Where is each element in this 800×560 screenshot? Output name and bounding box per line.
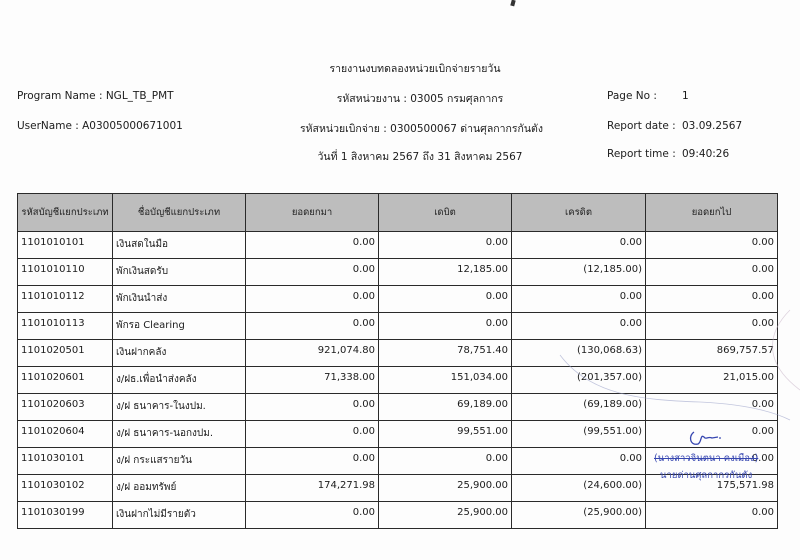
- cell-account-name: เงินฝากคลัง: [113, 340, 246, 367]
- cell-debit: 12,185.00: [379, 259, 512, 286]
- cell-brought-forward: 0.00: [246, 313, 379, 340]
- report-page: รายงานงบทดลองหน่วยเบิกจ่ายรายวัน Program…: [0, 0, 800, 560]
- cell-account-name: ง/ฝ กระแสรายวัน: [113, 448, 246, 475]
- cell-account-code: 1101020603: [18, 394, 113, 421]
- cell-credit: (201,357.00): [512, 367, 646, 394]
- cell-debit: 0.00: [379, 313, 512, 340]
- table-row: 1101020601ง/ฝธ.เพื่อนำส่งคลัง71,338.0015…: [18, 367, 778, 394]
- table-header-row: รหัสบัญชีแยกประเภท ชื่อบัญชีแยกประเภท ยอ…: [18, 194, 778, 232]
- header-brought-forward: ยอดยกมา: [246, 194, 379, 232]
- cell-debit: 78,751.40: [379, 340, 512, 367]
- cell-account-code: 1101010113: [18, 313, 113, 340]
- report-date-value: 03.09.2567: [682, 120, 742, 132]
- cell-account-name: ง/ฝ ออมทรัพย์: [113, 475, 246, 502]
- header-credit: เครดิต: [512, 194, 646, 232]
- cell-brought-forward: 0.00: [246, 502, 379, 529]
- cell-account-code: 1101010112: [18, 286, 113, 313]
- cell-credit: 0.00: [512, 232, 646, 259]
- table-row: 1101010112พักเงินนำส่ง0.000.000.000.00: [18, 286, 778, 313]
- cell-brought-forward: 0.00: [246, 232, 379, 259]
- cell-account-name: เงินฝากไม่มีรายตัว: [113, 502, 246, 529]
- cell-brought-forward: 0.00: [246, 448, 379, 475]
- table-row: 1101030199เงินฝากไม่มีรายตัว0.0025,900.0…: [18, 502, 778, 529]
- cell-account-code: 1101020601: [18, 367, 113, 394]
- cell-account-name: พักรอ Clearing: [113, 313, 246, 340]
- report-date-label: Report date :: [607, 120, 676, 132]
- cell-debit: 0.00: [379, 286, 512, 313]
- cell-brought-forward: 0.00: [246, 421, 379, 448]
- cell-debit: 151,034.00: [379, 367, 512, 394]
- cell-brought-forward: 0.00: [246, 394, 379, 421]
- cell-credit: 0.00: [512, 448, 646, 475]
- cell-carried-forward: 0.00: [646, 394, 778, 421]
- cell-account-name: พักเงินสดรับ: [113, 259, 246, 286]
- scan-mark: [510, 0, 515, 6]
- program-name: Program Name : NGL_TB_PMT: [17, 90, 174, 102]
- header-account-code: รหัสบัญชีแยกประเภท: [18, 194, 113, 232]
- cell-carried-forward: 0.00: [646, 232, 778, 259]
- cell-carried-forward: 21,015.00: [646, 367, 778, 394]
- page-no-value: 1: [682, 90, 689, 102]
- header-carried-forward: ยอดยกไป: [646, 194, 778, 232]
- table-row: 1101010113พักรอ Clearing0.000.000.000.00: [18, 313, 778, 340]
- cell-debit: 25,900.00: [379, 475, 512, 502]
- cell-debit: 69,189.00: [379, 394, 512, 421]
- cell-account-name: ง/ฝ ธนาคาร-ในงปม.: [113, 394, 246, 421]
- cell-credit: 0.00: [512, 286, 646, 313]
- report-time-label: Report time :: [607, 148, 676, 160]
- table-row: 1101010110พักเงินสดรับ0.0012,185.00(12,1…: [18, 259, 778, 286]
- cell-brought-forward: 921,074.80: [246, 340, 379, 367]
- cell-account-code: 1101020604: [18, 421, 113, 448]
- agency-code: รหัสหน่วยงาน : 03005 กรมศุลกากร: [300, 90, 540, 107]
- table-row: 1101020604ง/ฝ ธนาคาร-นอกงปม.0.0099,551.0…: [18, 421, 778, 448]
- cell-account-code: 1101020501: [18, 340, 113, 367]
- cell-account-name: ง/ฝธ.เพื่อนำส่งคลัง: [113, 367, 246, 394]
- cell-account-code: 1101030199: [18, 502, 113, 529]
- cell-debit: 99,551.00: [379, 421, 512, 448]
- signature-icon: [688, 428, 722, 448]
- cell-debit: 25,900.00: [379, 502, 512, 529]
- cell-carried-forward: 0.00: [646, 313, 778, 340]
- cell-brought-forward: 174,271.98: [246, 475, 379, 502]
- cell-credit: (69,189.00): [512, 394, 646, 421]
- cell-credit: (24,600.00): [512, 475, 646, 502]
- page-no-label: Page No :: [607, 90, 657, 102]
- cell-carried-forward: 0.00: [646, 286, 778, 313]
- report-period: วันที่ 1 สิงหาคม 2567 ถึง 31 สิงหาคม 256…: [300, 148, 540, 165]
- disbursement-unit: รหัสหน่วยเบิกจ่าย : 0300500067 ด่านศุลกา…: [300, 120, 540, 137]
- table-row: 1101020501เงินฝากคลัง921,074.8078,751.40…: [18, 340, 778, 367]
- cell-credit: (99,551.00): [512, 421, 646, 448]
- report-title: รายงานงบทดลองหน่วยเบิกจ่ายรายวัน: [0, 60, 800, 77]
- report-time-value: 09:40:26: [682, 148, 729, 160]
- cell-debit: 0.00: [379, 448, 512, 475]
- header-account-name: ชื่อบัญชีแยกประเภท: [113, 194, 246, 232]
- cell-credit: (12,185.00): [512, 259, 646, 286]
- table-row: 1101020603ง/ฝ ธนาคาร-ในงปม.0.0069,189.00…: [18, 394, 778, 421]
- cell-carried-forward: 0.00: [646, 259, 778, 286]
- cell-brought-forward: 0.00: [246, 259, 379, 286]
- cell-brought-forward: 0.00: [246, 286, 379, 313]
- stamp-signer-name: (นางสาวจินตนา คงเมือง): [654, 451, 758, 466]
- header-debit: เดบิต: [379, 194, 512, 232]
- table-row: 1101010101เงินสดในมือ0.000.000.000.00: [18, 232, 778, 259]
- cell-credit: (25,900.00): [512, 502, 646, 529]
- cell-account-code: 1101030101: [18, 448, 113, 475]
- cell-account-code: 1101010101: [18, 232, 113, 259]
- stamp-signer-title: นายด่านศุลกากรกันตัง: [660, 468, 752, 483]
- cell-account-code: 1101010110: [18, 259, 113, 286]
- cell-debit: 0.00: [379, 232, 512, 259]
- cell-account-code: 1101030102: [18, 475, 113, 502]
- cell-carried-forward: 869,757.57: [646, 340, 778, 367]
- cell-account-name: พักเงินนำส่ง: [113, 286, 246, 313]
- user-name: UserName : A03005000671001: [17, 120, 183, 132]
- cell-account-name: ง/ฝ ธนาคาร-นอกงปม.: [113, 421, 246, 448]
- cell-credit: 0.00: [512, 313, 646, 340]
- cell-brought-forward: 71,338.00: [246, 367, 379, 394]
- cell-account-name: เงินสดในมือ: [113, 232, 246, 259]
- cell-carried-forward: 0.00: [646, 502, 778, 529]
- cell-credit: (130,068.63): [512, 340, 646, 367]
